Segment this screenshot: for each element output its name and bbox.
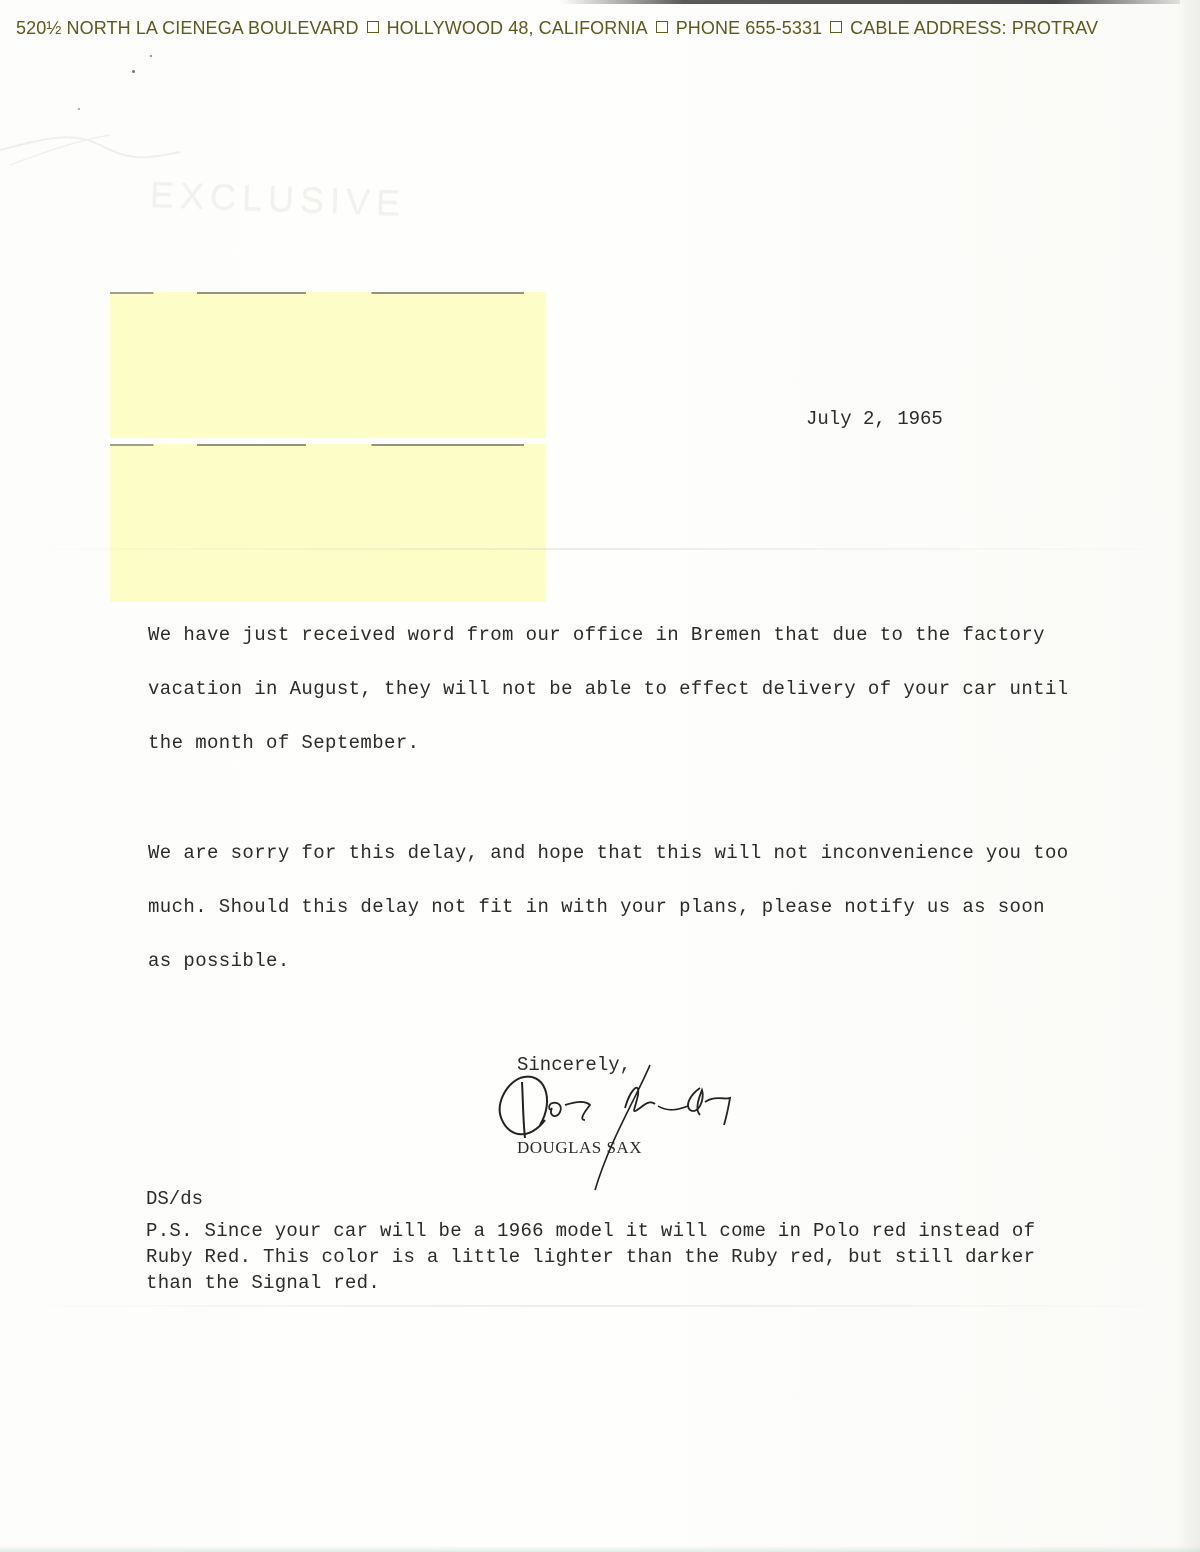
letterhead-address: 520½ NORTH LA CIENEGA BOULEVARD (16, 18, 359, 38)
paper-speck (150, 55, 152, 57)
letterhead-city: HOLLYWOOD 48, CALIFORNIA (387, 18, 648, 38)
redacted-address-block (110, 292, 546, 438)
square-separator-icon (830, 21, 842, 33)
handwritten-signature-icon (490, 1060, 750, 1200)
torn-top-edge (560, 0, 1180, 4)
paper-fold-line (0, 548, 1200, 550)
letterhead: 520½ NORTH LA CIENEGA BOULEVARDHOLLYWOOD… (16, 18, 1186, 39)
square-separator-icon (656, 21, 668, 33)
signer-name: DOUGLAS SAX (517, 1138, 642, 1158)
letter-date: July 2, 1965 (806, 408, 943, 430)
paper-fold-line (0, 1305, 1200, 1307)
postscript: P.S. Since your car will be a 1966 model… (146, 1218, 1035, 1296)
letter-page: 520½ NORTH LA CIENEGA BOULEVARDHOLLYWOOD… (0, 0, 1200, 1552)
body-paragraph-1: We have just received word from our offi… (148, 608, 1069, 770)
paper-right-edge (1176, 0, 1200, 1552)
square-separator-icon (367, 21, 379, 33)
paper-speck (132, 70, 135, 73)
paper-bottom-edge (0, 1546, 1200, 1552)
letterhead-cable-address: CABLE ADDRESS: PROTRAV (850, 18, 1098, 38)
redaction-edge-line (110, 444, 546, 446)
body-paragraph-2: We are sorry for this delay, and hope th… (148, 826, 1069, 988)
embossed-watermark: EXCLUSIVE (149, 174, 406, 225)
redaction-edge-line (110, 292, 546, 294)
redacted-address-block (110, 444, 546, 602)
letterhead-phone: PHONE 655-5331 (676, 18, 822, 38)
reference-initials: DS/ds (146, 1188, 203, 1210)
embossed-logo-curve (0, 110, 360, 170)
